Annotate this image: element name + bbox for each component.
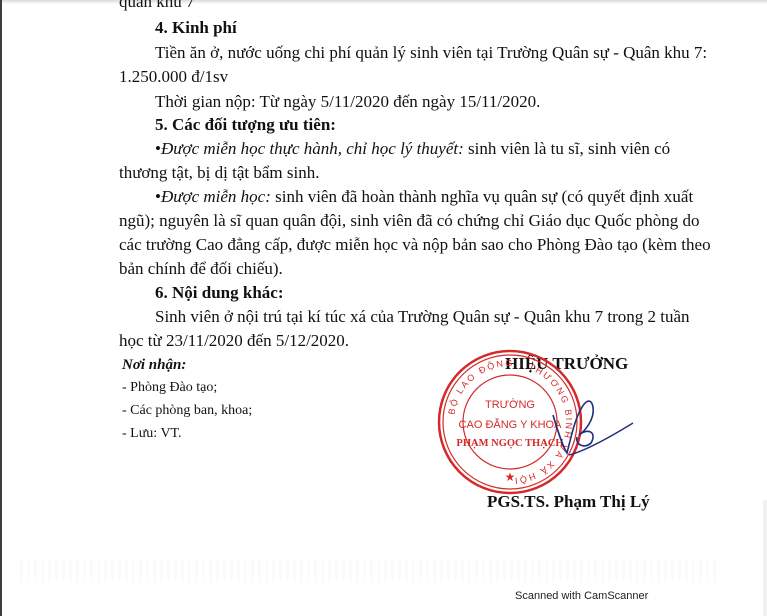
- top-edge-shadow: [0, 0, 767, 4]
- section-4-line1: Tiền ăn ở, nước uống chi phí quản lý sin…: [155, 43, 707, 63]
- svg-text:TRƯỜNG: TRƯỜNG: [485, 398, 535, 411]
- section-5-item1-label: Được miễn học thực hành, chỉ học lý thuy…: [161, 139, 464, 158]
- section-4-heading: 4. Kinh phí: [155, 18, 237, 38]
- section-5-heading: 5. Các đối tượng ưu tiên:: [155, 115, 336, 135]
- section-5-item1-cont: thương tật, bị dị tật bẩm sinh.: [119, 163, 319, 183]
- section-5-item2-cont2: các trường Cao đẳng cấp, được miễn học v…: [119, 235, 711, 255]
- section-5-item2-cont1: ngũ); nguyên là sĩ quan quân đội, sinh v…: [119, 211, 700, 231]
- section-6-heading: 6. Nội dung khác:: [155, 283, 283, 303]
- recipient-item: - Phòng Đào tạo;: [122, 378, 217, 398]
- section-5-item2-text: sinh viên đã hoàn thành nghĩa vụ quân sự…: [271, 187, 693, 206]
- section-4-amount: 1.250.000 đ/1sv: [119, 67, 228, 87]
- svg-text:★: ★: [505, 470, 516, 484]
- section-6-line2: học từ 23/11/2020 đến 5/12/2020.: [119, 331, 349, 351]
- left-window-edge: [0, 0, 2, 616]
- right-edge-strip: [763, 500, 767, 616]
- section-4-payment-period: Thời gian nộp: Từ ngày 5/11/2020 đến ngà…: [155, 92, 540, 112]
- section-5-item2: •Được miễn học: sinh viên đã hoàn thành …: [155, 187, 693, 207]
- section-5-item1-text: sinh viên là tu sĩ, sinh viên có: [464, 139, 670, 158]
- recipients-heading: Nơi nhận:: [122, 355, 186, 375]
- previous-line-tail: quân khu 7: [119, 0, 195, 12]
- document-page: quân khu 7 4. Kinh phí Tiền ăn ở, nước u…: [0, 0, 767, 583]
- section-5-item2-cont3: bản chính để đối chiếu).: [119, 259, 283, 279]
- handwritten-signature-icon: [545, 385, 635, 465]
- recipient-item: - Lưu: VT.: [122, 424, 182, 444]
- recipient-item: - Các phòng ban, khoa;: [122, 401, 252, 421]
- scan-noise: [20, 560, 720, 582]
- section-6-line1: Sinh viên ở nội trú tại kí túc xá của Tr…: [155, 307, 690, 327]
- camscanner-watermark: Scanned with CamScanner: [515, 590, 648, 602]
- signer-name: PGS.TS. Phạm Thị Lý: [487, 492, 650, 512]
- section-5-item2-label: Được miễn học:: [161, 187, 271, 206]
- section-5-item1: •Được miễn học thực hành, chỉ học lý thu…: [155, 139, 670, 159]
